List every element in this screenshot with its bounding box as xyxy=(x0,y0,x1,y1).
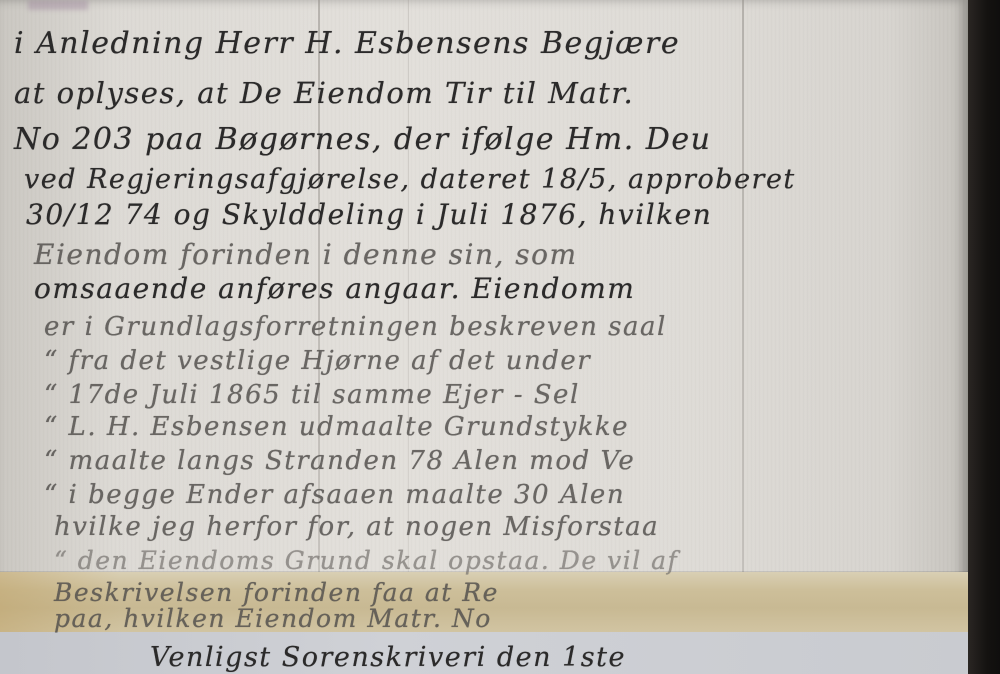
handwritten-line-10: “ 17de Juli 1865 til samme Ejer - Sel xyxy=(44,380,580,410)
handwritten-line-4: ved Regjeringsafgjørelse, dateret 18/5, … xyxy=(24,164,796,195)
handwritten-line-6: Eiendom forinden i denne sin, som xyxy=(34,238,578,271)
handwritten-line-8: er i Grundlagsforretningen beskreven saa… xyxy=(44,312,667,342)
handwritten-line-11: “ L. H. Esbensen udmaalte Grundstykke xyxy=(44,412,629,442)
handwritten-line-1: i Anledning Herr H. Esbensens Begjære xyxy=(14,26,680,61)
handwritten-text-block: i Anledning Herr H. Esbensens Begjære at… xyxy=(0,0,968,674)
handwritten-line-15: “ den Eiendoms Grund skal opstaa. De vil… xyxy=(54,546,678,575)
document-photo: i Anledning Herr H. Esbensens Begjære at… xyxy=(0,0,1000,674)
handwritten-line-7: omsaaende anføres angaar. Eiendomm xyxy=(34,272,635,305)
handwritten-line-13: “ i begge Ender afsaaen maalte 30 Alen xyxy=(44,480,625,510)
handwritten-line-12: “ maalte langs Stranden 78 Alen mod Ve xyxy=(44,446,635,476)
handwritten-line-16: Beskrivelsen forinden faa at Re xyxy=(54,578,499,607)
handwritten-line-18: Venligst Sorenskriveri den 1ste xyxy=(150,642,626,673)
handwritten-line-2: at oplyses, at De Eiendom Tir til Matr. xyxy=(14,76,634,110)
handwritten-line-3: No 203 paa Bøgørnes, der ifølge Hm. Deu xyxy=(14,122,711,157)
handwritten-line-14: hvilke jeg herfor for, at nogen Misforst… xyxy=(54,512,659,542)
dark-background-edge xyxy=(968,0,1000,674)
handwritten-line-17: paa, hvilken Eiendom Matr. No xyxy=(54,604,492,633)
handwritten-line-5: 30/12 74 og Skylddeling i Juli 1876, hvi… xyxy=(26,198,712,231)
handwritten-line-9: “ fra det vestlige Hjørne af det under xyxy=(44,346,591,376)
